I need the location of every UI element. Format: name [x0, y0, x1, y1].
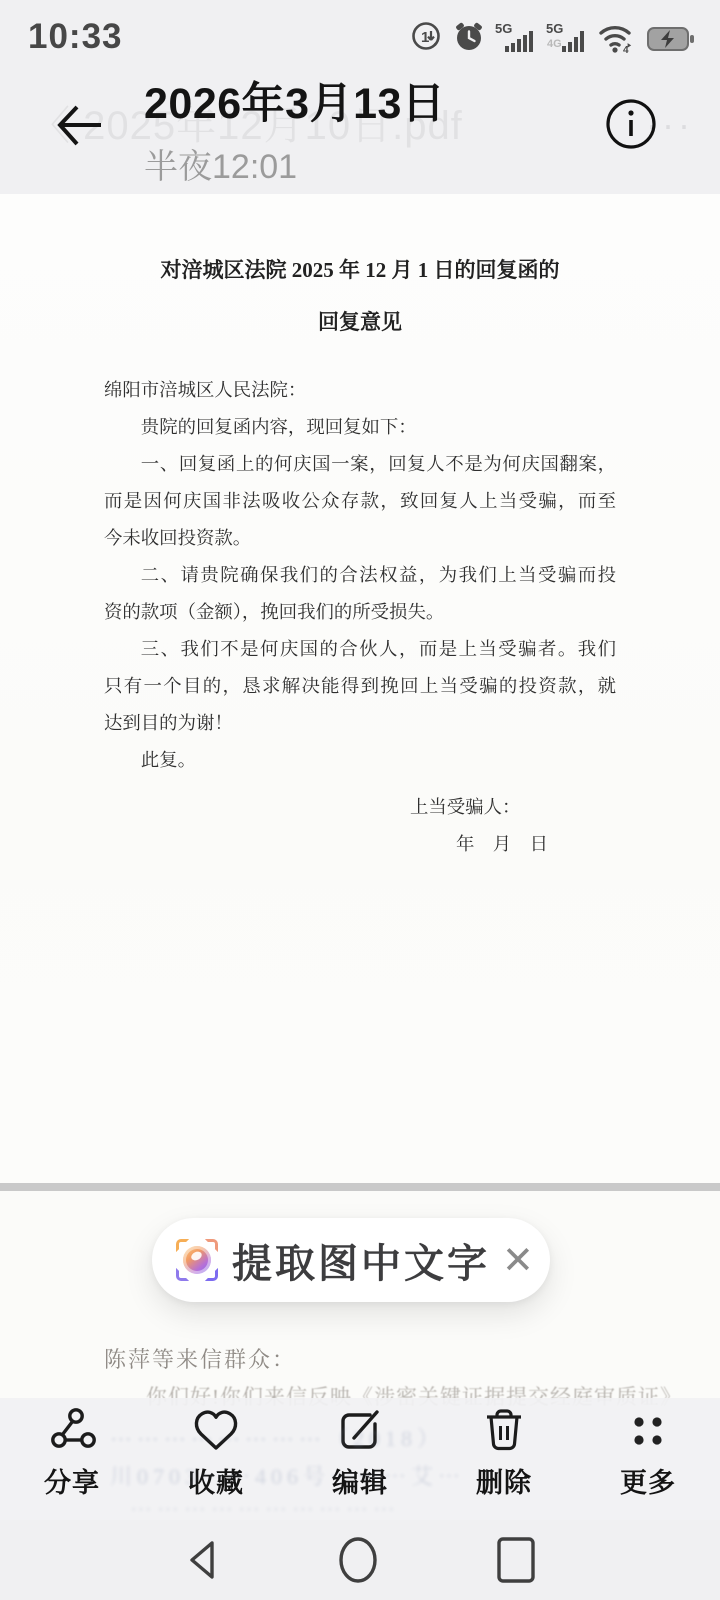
photo-date-title: 2026年3月13日: [144, 70, 445, 131]
toolbar-label: 删除: [476, 1461, 532, 1500]
phone-screen: 10:33 1 5G: [0, 0, 720, 1600]
more-grid-icon: [624, 1406, 672, 1454]
document-body: 绵阳市涪城区人民法院： 贵院的回复函内容，现回复如下： 一、回复函上的何庆国一案…: [104, 372, 616, 863]
doc-line: 绵阳市涪城区人民法院：: [104, 372, 616, 409]
next-photo-text-line1: 陈萍等来信群众：: [104, 1343, 296, 1374]
nav-home-button[interactable]: [334, 1534, 382, 1586]
info-icon: [603, 96, 659, 152]
photo-time-subtitle: 半夜12:01: [144, 139, 445, 188]
share-icon: [48, 1406, 96, 1454]
svg-text:5G: 5G: [546, 21, 563, 36]
doc-line: 三、我们不是何庆国的合伙人，而是上当受骗者。我们: [104, 631, 616, 668]
edit-button[interactable]: 编辑: [288, 1398, 432, 1520]
document-text: 对涪城区法院 2025 年 12 月 1 日的回复函的 回复意见 绵阳市涪城区人…: [104, 244, 616, 863]
toolbar-label: 更多: [620, 1461, 676, 1500]
close-icon[interactable]: ✕: [502, 1241, 534, 1279]
svg-text:4G: 4G: [547, 38, 562, 50]
doc-line: 而是因何庆国非法吸收公众存款，致回复人上当受骗，而至: [104, 483, 616, 520]
doc-line: 达到目的为谢！: [104, 705, 616, 742]
status-time: 10:33: [28, 17, 123, 57]
doc-line: 此复。: [104, 742, 616, 779]
doc-line: 二、请贵院确保我们的合法权益，为我们上当受骗而投: [104, 557, 616, 594]
doc-line: 贵院的回复函内容，现回复如下：: [104, 409, 616, 446]
photo-document[interactable]: 对涪城区法院 2025 年 12 月 1 日的回复函的 回复意见 绵阳市涪城区人…: [0, 194, 720, 1183]
doc-line: 只有一个目的，恳求解决能得到挽回上当受骗的投资款，就: [104, 668, 616, 705]
doc-line: 一、回复函上的何庆国一案，回复人不是为何庆国翻案，: [104, 446, 616, 483]
bottom-toolbar: 分享 收藏 编辑 删除: [0, 1398, 720, 1520]
back-arrow-icon: [49, 99, 109, 151]
back-triangle-icon: [182, 1537, 222, 1583]
data-saver-icon: 1: [409, 20, 443, 54]
text-scan-lens-icon: [176, 1239, 218, 1281]
status-bar: 10:33 1 5G: [0, 0, 720, 64]
toolbar-label: 分享: [44, 1461, 100, 1500]
network-type-label: 5G: [495, 21, 512, 36]
document-title-line1: 对涪城区法院 2025 年 12 月 1 日的回复函的: [104, 244, 616, 296]
photo-gap-divider: [0, 1183, 720, 1191]
back-button[interactable]: [46, 96, 112, 156]
signal-5g-sim1-icon: 5G: [495, 20, 537, 54]
toolbar-label: 编辑: [332, 1461, 388, 1500]
favorite-button[interactable]: 收藏: [144, 1398, 288, 1520]
info-button[interactable]: [602, 96, 660, 154]
doc-line: 资的款项（金额），挽回我们的所受损失。: [104, 594, 616, 631]
toolbar-label: 收藏: [188, 1461, 244, 1500]
nav-back-button[interactable]: [182, 1537, 222, 1583]
home-circle-icon: [334, 1534, 382, 1586]
status-icons: 1 5G: [409, 20, 696, 54]
photo-title-block: 2026年3月13日 半夜12:01: [144, 70, 445, 188]
trash-icon: [480, 1406, 528, 1454]
android-nav-bar: [0, 1520, 720, 1600]
heart-icon: [191, 1406, 241, 1454]
share-button[interactable]: 分享: [0, 1398, 144, 1520]
alarm-icon: [452, 20, 486, 54]
more-button[interactable]: 更多: [576, 1398, 720, 1520]
ocr-pill-label: 提取图中文字: [232, 1232, 490, 1289]
nav-recents-button[interactable]: [494, 1535, 538, 1585]
edit-icon: [336, 1406, 384, 1454]
doc-date-blank: 年 月 日: [104, 826, 616, 863]
signal-5g-sim2-icon: 5G 4G: [546, 20, 588, 54]
doc-line: 今未收回投资款。: [104, 520, 616, 557]
delete-button[interactable]: 删除: [432, 1398, 576, 1520]
gallery-header: 〈 2025年12月10日.pdf ··· 2026年3月13日 半夜12:01: [0, 64, 720, 194]
wifi-icon: 4: [597, 20, 637, 54]
document-title-line2: 回复意见: [104, 296, 616, 348]
recents-square-icon: [494, 1535, 538, 1585]
battery-charging-icon: [646, 24, 696, 54]
doc-signature: 上当受骗人：: [104, 789, 616, 826]
ocr-extract-pill[interactable]: 提取图中文字 ✕: [152, 1218, 550, 1302]
